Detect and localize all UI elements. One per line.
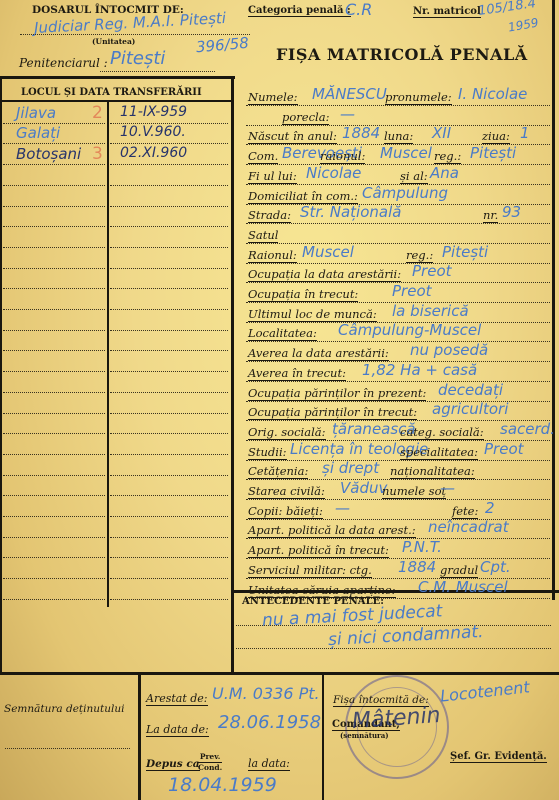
domiciliat-label: Domiciliat în com.: <box>248 189 358 203</box>
luna-label: luna: <box>384 129 413 143</box>
satul-label: Satul <box>248 228 278 242</box>
numele-label: Numele: <box>248 90 298 104</box>
specialitatea-label: specialitatea: <box>400 445 478 459</box>
fiul-label: Fi ul lui: <box>248 169 297 183</box>
ultimul-loc-label: Ultimul loc de muncă: <box>248 307 377 321</box>
ocup-trecut-label: Ocupația în trecut: <box>248 287 358 301</box>
prev-cond: Prev.Cond. <box>198 752 222 773</box>
studii-label: Studii: <box>248 445 287 459</box>
ocup-arest-value: Preot <box>412 262 452 280</box>
ocup-parinti-prezent-label: Ocupația părinților în prezent: <box>248 386 426 400</box>
unitatea-value: C.M. Muscel <box>418 578 508 596</box>
matricol-label: Nr. matricol <box>413 6 481 17</box>
copii-baieti-value: — <box>335 499 350 517</box>
la-data-label: La data de: <box>146 723 209 736</box>
arestat-value: U.M. 0336 Pt. <box>212 684 320 703</box>
serviciul-value: 1884 <box>398 558 436 576</box>
depus-label: Depus ca <box>146 758 200 770</box>
transfer-mark: 2 <box>92 103 103 123</box>
starea-civila-value: Văduv <box>340 479 387 497</box>
porecla-value: — <box>340 105 355 123</box>
gradul-value: Cpt. <box>480 558 511 576</box>
transfer-date: 02.XI.960 <box>120 145 187 161</box>
unitatea-label: (Unitatea) <box>92 37 135 46</box>
averea-arest-value: nu posedă <box>410 341 488 359</box>
raionul2-label: Raionul: <box>248 248 297 262</box>
nationalitatea-label: naționalitatea: <box>390 464 475 478</box>
averea-trecut-value: 1,82 Ha + casă <box>362 361 477 379</box>
serviciul-label: Serviciul militar: ctg. <box>248 563 372 577</box>
specialitatea-value: Preot <box>484 440 524 458</box>
penitenciar-label: Penitenciarul : <box>19 56 108 70</box>
com-label: Com. <box>248 149 278 163</box>
ocup-parinti-prezent-value: decedați <box>438 381 503 399</box>
categ-sociala-label: categ. socială: <box>400 425 484 439</box>
porecla-label: porecla: <box>282 110 329 124</box>
numele-sot-value: — <box>440 479 455 497</box>
reg2-label: reg.: <box>406 248 433 262</box>
unitatea-label: Unitatea căruia aparține: <box>248 583 396 597</box>
pronumele-label: pronumele: <box>385 90 452 104</box>
fete-value: 2 <box>485 499 495 517</box>
transfer-mark: 3 <box>92 144 103 164</box>
reg-label: reg.: <box>434 149 461 163</box>
orig-sociala-label: Orig. socială: <box>248 425 326 439</box>
luna-value: XII <box>432 124 451 142</box>
localitatea-value: Câmpulung-Muscel <box>338 321 481 339</box>
numele-sot-label: numele soț <box>382 484 446 498</box>
domiciliat-value: Câmpulung <box>362 184 448 202</box>
raionul2-value: Muscel <box>302 243 354 261</box>
arestat-label: Arestat de: <box>146 692 208 705</box>
nascut-value: 1884 <box>342 124 380 142</box>
gradul-label: gradul <box>440 563 478 577</box>
la-data-value: 28.06.1958 <box>218 712 321 733</box>
raionul-value: Muscel <box>380 144 432 162</box>
ocup-parinti-trecut-value: agricultori <box>432 400 508 418</box>
ocup-parinti-trecut-label: Ocupația părinților în trecut: <box>248 405 417 419</box>
raionul-label: raionul: <box>320 149 365 163</box>
cetatenia-label: Cetățenia: <box>248 464 308 478</box>
page-title: FIȘA MATRICOLĂ PENALĂ <box>276 45 528 64</box>
semnatura-label: Semnătura deținutului <box>4 703 124 715</box>
transfer-place: Botoșani <box>16 145 81 163</box>
transfer-place: Galați <box>16 124 60 142</box>
localitatea-label: Localitatea: <box>248 326 317 340</box>
averea-arest-label: Averea la data arestării: <box>248 346 389 360</box>
categ-sociala-value: sacerd. <box>500 420 555 438</box>
depus-value: 18.04.1959 <box>168 774 277 796</box>
si-al-label: și al: <box>400 169 428 183</box>
sef-label: Șef. Gr. Evidență. <box>450 751 547 762</box>
averea-trecut-label: Averea în trecut: <box>248 366 346 380</box>
la-data2-label: la data: <box>248 757 290 770</box>
cetatenia-value: și drept <box>322 459 379 477</box>
apart-trecut-value: P.N.T. <box>402 538 442 556</box>
fete-label: fete: <box>452 504 478 518</box>
apart-arest-value: neîncadrat <box>428 518 509 536</box>
strada-value: Str. Națională <box>300 203 401 221</box>
penitenciar-value: Pitești <box>110 48 165 69</box>
fiul-value: Nicolae <box>306 164 361 182</box>
strada-label: Strada: <box>248 208 291 222</box>
apart-trecut-label: Apart. politică în trecut: <box>248 543 389 557</box>
nr-label: nr. <box>483 208 498 222</box>
pronumele-value: I. Nicolae <box>458 85 527 103</box>
nascut-label: Născut în anul: <box>248 129 337 143</box>
ultimul-loc-value: la biserică <box>392 302 469 320</box>
si-al-value: Ana <box>430 164 459 182</box>
ocup-arest-label: Ocupația la data arestării: <box>248 267 401 281</box>
transfer-date: 11-IX-959 <box>120 104 187 120</box>
transfer-date: 10.V.960. <box>120 124 186 140</box>
starea-civila-label: Starea civilă: <box>248 484 325 498</box>
apart-arest-label: Apart. politică la data arest.: <box>248 523 416 537</box>
transfers-title: LOCUL ȘI DATA TRANSFERĂRII <box>21 87 202 98</box>
copii-baieti-label: Copii: băieți: <box>248 504 323 518</box>
ziua-label: ziua: <box>482 129 510 143</box>
reg2-value: Pitești <box>442 243 488 261</box>
categoria-label: Categoria penală : <box>248 5 351 16</box>
numele-value: MĂNESCU <box>312 85 387 103</box>
categoria-value: C.R <box>345 0 372 19</box>
reg-value: Pitești <box>470 144 516 162</box>
ziua-value: 1 <box>520 124 530 142</box>
ocup-trecut-value: Preot <box>392 282 432 300</box>
transfer-place: Jilava <box>16 104 56 122</box>
nr-value: 93 <box>502 203 521 221</box>
